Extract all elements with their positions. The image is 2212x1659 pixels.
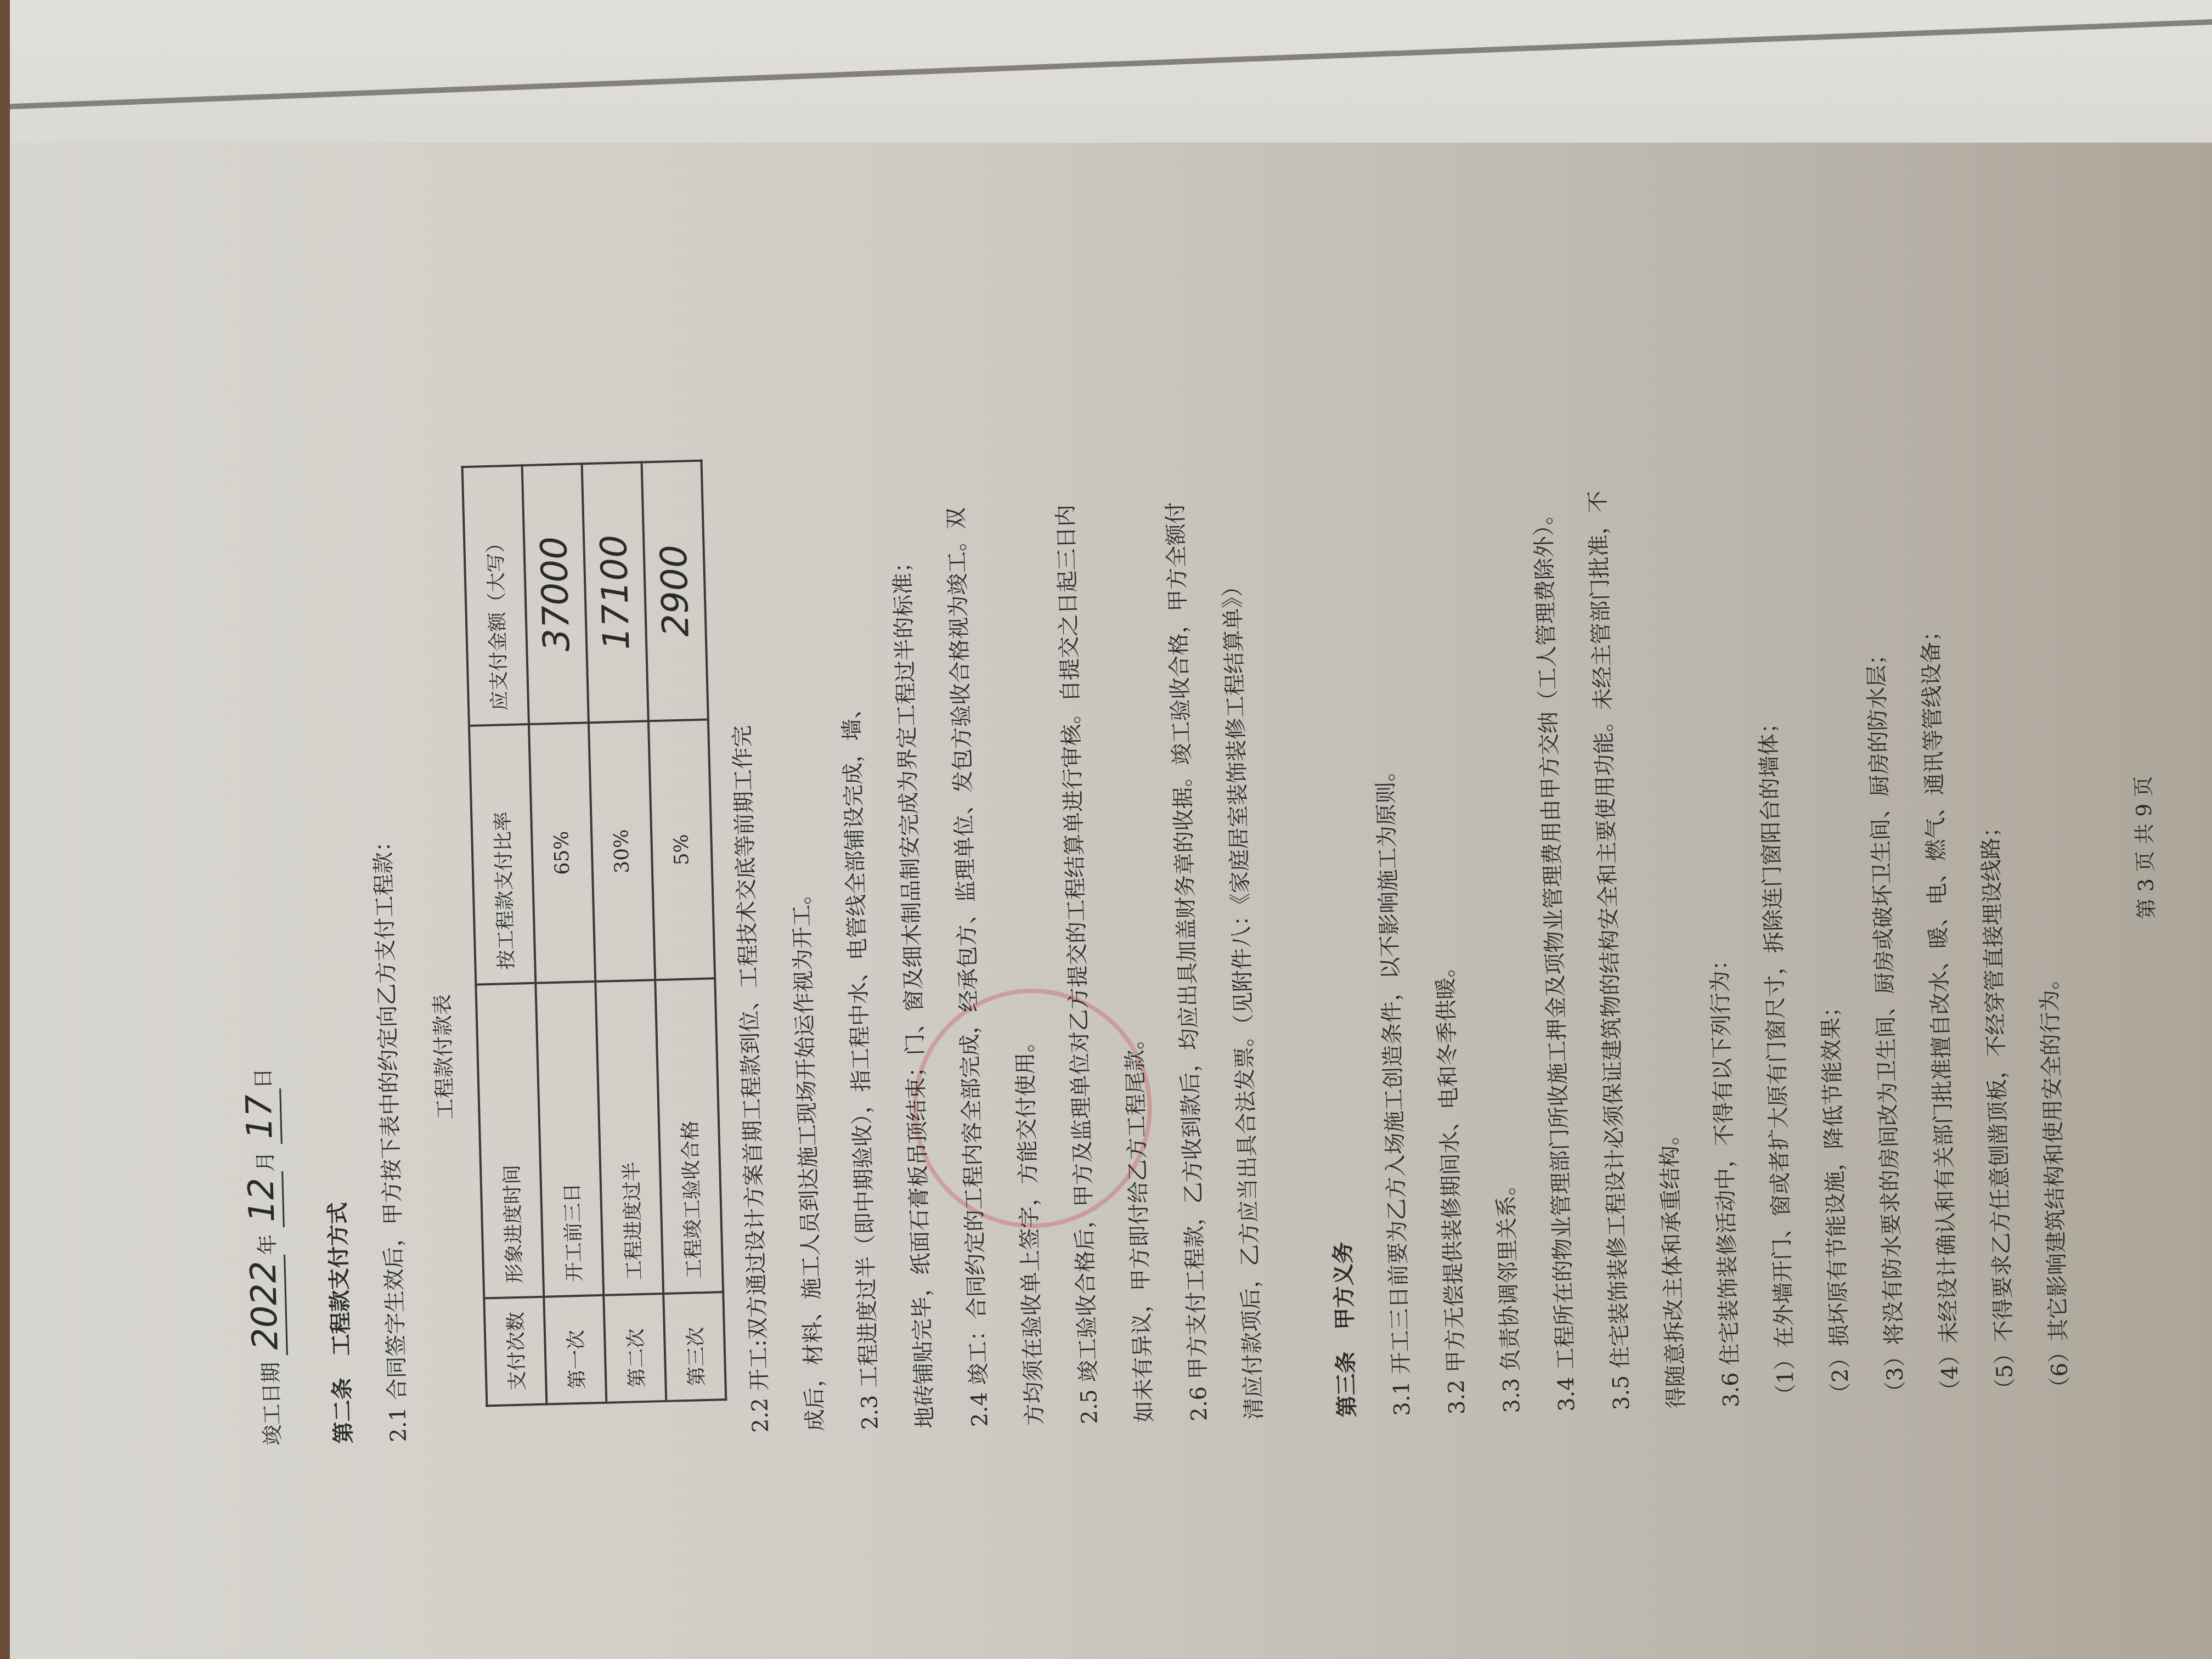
- table-cell: 第二次: [603, 1294, 666, 1403]
- table-cell: 第三次: [663, 1292, 726, 1401]
- page-number: 第 3 页 共 9 页: [2103, 298, 2187, 1397]
- previous-page-edge: [0, 0, 2212, 143]
- table-cell: 第一次: [544, 1295, 606, 1404]
- table-cell: 65%: [529, 723, 595, 983]
- payment-table: 支付次数 形象进度时间 按工程款支付比率 应支付金额（大写） 第一次 开工前三日…: [461, 460, 727, 1407]
- table-header: 支付次数: [484, 1297, 546, 1406]
- day-unit: 日: [251, 1068, 275, 1089]
- handwritten-month: 12: [241, 1172, 285, 1228]
- table-cell: 5%: [648, 719, 715, 980]
- handwritten-amount: 17100: [582, 462, 648, 723]
- handwritten-year: 2022: [243, 1255, 288, 1356]
- table-header: 按工程款支付比率: [469, 724, 535, 985]
- table-cell: 30%: [589, 721, 655, 981]
- table-header: 形象进度时间: [476, 983, 544, 1299]
- contract-page: 竣工日期 2022年 12月 17日 第二条 工程款支付方式 2.1 合同签字生…: [176, 155, 2019, 1491]
- handwritten-amount: 37000: [522, 464, 589, 724]
- table-cell: 开工前三日: [535, 981, 603, 1297]
- table-cell: 工程进度过半: [595, 980, 663, 1295]
- completion-date: 竣工日期 2022年 12月 17日: [210, 244, 300, 1446]
- handwritten-day: 17: [239, 1088, 283, 1145]
- year-unit: 年: [255, 1234, 280, 1255]
- article2-clauses: 2.2 开工:双方通过设计方案首期工程款到位、工程技术交底等前期工作完成后，材料…: [702, 218, 1282, 1433]
- month-unit: 月: [253, 1151, 278, 1172]
- desk-edge: [0, 0, 10, 1659]
- table-header: 应支付金额（大写）: [462, 465, 529, 726]
- table-cell: 工程竣工验收合格: [655, 978, 723, 1294]
- article3-clauses: 3.1 开工三日前要为乙方入场施工创造条件，以不影响施工为原则。3.2 甲方无偿…: [1344, 197, 2088, 1417]
- date-label: 竣工日期: [258, 1362, 285, 1446]
- handwritten-amount: 2900: [642, 461, 708, 721]
